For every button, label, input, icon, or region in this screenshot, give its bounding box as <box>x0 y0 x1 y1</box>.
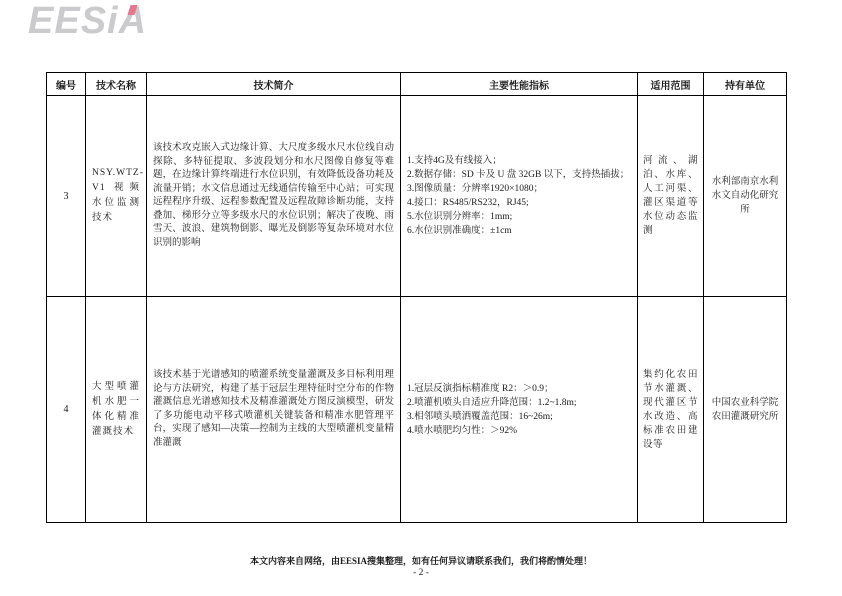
row4-holder: 中国农业科学院农田灌溉研究所 <box>704 297 787 523</box>
indicator-line: 2.喷灌机喷头自适应升降范围：1.2~1.8m; <box>407 396 631 410</box>
row4-tech-name: 大型喷灌机水肥一体化精准灌溉技术 <box>86 297 147 523</box>
row3-holder: 水利部南京水利水文自动化研究所 <box>704 96 787 297</box>
indicator-line: 5.水位识别分辨率：1mm; <box>407 210 631 224</box>
row4-number: 4 <box>47 297 86 523</box>
page-footer: 本文内容来自网络，由EESIA搜集整理，如有任何异议请联系我们，我们将酌情处理！… <box>0 556 842 579</box>
header-indicators: 主要性能指标 <box>401 73 638 96</box>
row3-tech-intro: 该技术攻克嵌入式边缘计算、大尺度多级水尺水位线自动探除、多特征提取、多波段划分和… <box>147 96 401 297</box>
row4-intro-text: 该技术基于光谱感知的喷灌系统变量灌溉及多目标利用理论与方法研究，构建了基于冠层生… <box>153 369 394 450</box>
header-holder: 持有单位 <box>704 73 787 96</box>
row3-tech-name: NSY.WTZ-V1 视频水位监测技术 <box>86 96 147 297</box>
indicator-line: 4.接口：RS485/RS232，RJ45; <box>407 196 631 210</box>
header-number: 编号 <box>47 73 86 96</box>
indicator-line: 4.喷水喷肥均匀性：＞92% <box>407 424 631 438</box>
row3-intro-text: 该技术攻克嵌入式边缘计算、大尺度多级水尺水位线自动探除、多特征提取、多波段划分和… <box>153 142 394 250</box>
header-scope: 适用范围 <box>638 73 704 96</box>
indicator-line: 1.支持4G及有线接入； <box>407 154 631 168</box>
table-row: 4 大型喷灌机水肥一体化精准灌溉技术 该技术基于光谱感知的喷灌系统变量灌溉及多目… <box>47 297 787 523</box>
table-row: 3 NSY.WTZ-V1 视频水位监测技术 该技术攻克嵌入式边缘计算、大尺度多级… <box>47 96 787 297</box>
row4-scope: 集约化农田节水灌溉、现代灌区节水改造、高标准农田建设等 <box>638 297 704 523</box>
header-tech-intro: 技术简介 <box>147 73 401 96</box>
indicator-line: 3.相邻喷头喷洒覆盖范围：16~26m; <box>407 410 631 424</box>
eesia-logo: EESiA <box>28 0 147 43</box>
header-tech-name: 技术名称 <box>86 73 147 96</box>
footer-disclaimer: 本文内容来自网络，由EESIA搜集整理，如有任何异议请联系我们，我们将酌情处理！ <box>0 556 842 567</box>
row3-scope: 河流、湖泊、水库、人工河渠、灌区渠道等水位动态监测 <box>638 96 704 297</box>
row4-tech-intro: 该技术基于光谱感知的喷灌系统变量灌溉及多目标利用理论与方法研究，构建了基于冠层生… <box>147 297 401 523</box>
page-number: - 2 - <box>0 567 842 579</box>
indicator-line: 2.数据存储：SD 卡及 U 盘 32GB 以下，支持热插拔； <box>407 168 631 182</box>
row3-number: 3 <box>47 96 86 297</box>
table-header-row: 编号 技术名称 技术简介 主要性能指标 适用范围 持有单位 <box>47 73 787 96</box>
indicator-line: 1.冠层反演指标精准度 R2：＞0.9； <box>407 382 631 396</box>
row3-indicators: 1.支持4G及有线接入； 2.数据存储：SD 卡及 U 盘 32GB 以下，支持… <box>401 96 638 297</box>
technology-table: 编号 技术名称 技术简介 主要性能指标 适用范围 持有单位 3 NSY.WTZ-… <box>46 72 787 523</box>
indicator-line: 6.水位识别准确度：±1cm <box>407 224 631 238</box>
row4-indicators: 1.冠层反演指标精准度 R2：＞0.9； 2.喷灌机喷头自适应升降范围：1.2~… <box>401 297 638 523</box>
indicator-line: 3.图像质量：分辨率1920×1080； <box>407 182 631 196</box>
